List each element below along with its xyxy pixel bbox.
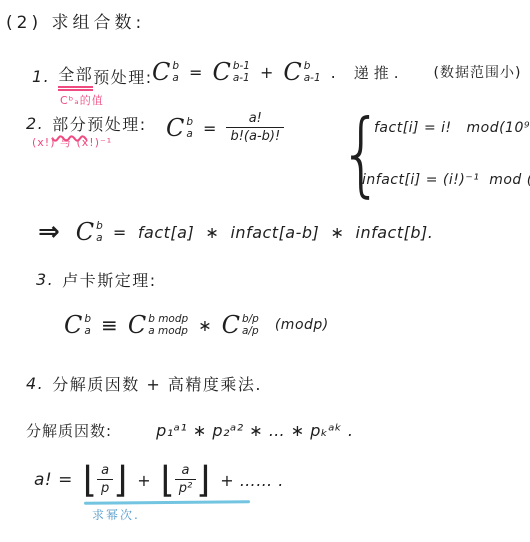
- factorial-lhs: a! =: [34, 470, 73, 490]
- superscript: b-1: [233, 60, 250, 72]
- item-2-annotation: (x!) 与 (x!)⁻¹: [32, 134, 112, 150]
- fact-array-definition: fact[i] = i! mod(10⁹+7): [374, 120, 530, 136]
- subscript: a-1: [304, 72, 321, 84]
- floor-fraction: ⌊ a p² ⌋: [161, 463, 211, 498]
- lucas-theorem-formula: C ba ≡ C b modpa modp ∗ C b/pa/p (modp): [64, 302, 329, 348]
- item-3-heading-row: 3. 卢卡斯定理:: [36, 268, 157, 291]
- combination-symbol: C ba-1: [283, 60, 320, 84]
- item-4-number: 4.: [26, 374, 44, 393]
- page-title: (2) 求组合数:: [6, 8, 145, 33]
- item-1-number: 1.: [32, 67, 50, 86]
- implies-arrow-icon: ⇒: [38, 217, 60, 247]
- combination-symbol: C ba: [76, 220, 103, 244]
- prime-factorization-row: 分解质因数: p₁ᵃ¹ ∗ p₂ᵃ² ∗ … ∗ pₖᵃᵏ .: [26, 420, 354, 441]
- plus-sign: +: [260, 63, 273, 82]
- item-1-remark: (数据范围小): [434, 62, 522, 82]
- combination-symbol: C ba: [166, 116, 193, 140]
- mod-p-tail: (modp): [275, 317, 329, 333]
- subscript: a: [172, 72, 178, 84]
- plus-sign: +: [137, 471, 150, 490]
- equivalence-sign: ≡: [101, 313, 118, 337]
- c-base: C: [76, 220, 94, 244]
- floor-right-bracket: ⌋: [196, 465, 210, 497]
- subscript: a-1: [233, 72, 250, 84]
- c-base: C: [283, 60, 301, 84]
- superscript: b: [172, 60, 179, 72]
- superscript: b: [96, 220, 103, 232]
- c-base: C: [166, 116, 184, 140]
- item-2-heading-underlined: 部分: [52, 112, 87, 135]
- equals-sign: =: [203, 119, 216, 138]
- c-base: C: [64, 313, 82, 337]
- fraction-denominator: p²: [175, 479, 196, 497]
- subscript: a: [84, 325, 90, 337]
- item-2-number: 2.: [26, 114, 44, 133]
- combination-symbol: C ba: [64, 313, 91, 337]
- star-operator: ∗: [198, 316, 211, 335]
- combination-symbol: C b-1a-1: [212, 60, 250, 84]
- subscript: a: [96, 232, 102, 244]
- item-2-heading: 预处理:: [87, 112, 146, 135]
- prime-power-expansion: p₁ᵃ¹ ∗ p₂ᵃ² ∗ … ∗ pₖᵃᵏ .: [156, 421, 353, 440]
- fraction-numerator: a: [177, 463, 193, 479]
- c-base: C: [212, 60, 230, 84]
- c-base: C: [222, 313, 240, 337]
- implies-line: ⇒ C ba = fact[a] ∗ infact[a-b] ∗ infact[…: [38, 212, 433, 252]
- fraction: a p: [97, 463, 113, 498]
- item-4-heading: 分解质因数 + 高精度乘法.: [52, 372, 262, 395]
- superscript: b modp: [148, 313, 188, 325]
- factorial-fraction: a! b!(a-b)!: [226, 111, 284, 146]
- handwritten-notes-page: (2) 求组合数: 1. 全部预处理: Cᵇₐ的值 C ba = C b-1a-…: [0, 0, 530, 542]
- c-base: C: [152, 60, 170, 84]
- floor-right-bracket: ⌋: [113, 465, 127, 497]
- fraction-denominator: b!(a-b)!: [226, 127, 284, 145]
- item-2-formula: C ba = a! b!(a-b)!: [166, 106, 284, 150]
- item-4-heading-row: 4. 分解质因数 + 高精度乘法.: [26, 372, 262, 395]
- c-base: C: [128, 313, 146, 337]
- combination-symbol: C ba: [152, 60, 179, 84]
- period: .: [331, 63, 336, 82]
- superscript: b: [186, 116, 193, 128]
- implies-expression: = fact[a] ∗ infact[a-b] ∗ infact[b].: [113, 223, 434, 242]
- item-1-formula: C ba = C b-1a-1 + C ba-1 . 递推. (数据范围小): [152, 54, 521, 90]
- floor-fraction: ⌊ a p ⌋: [83, 463, 127, 498]
- curly-brace: {: [339, 102, 383, 206]
- subscript: a/p: [242, 325, 259, 337]
- prime-factorization-label: 分解质因数:: [26, 420, 112, 441]
- fraction-denominator: p: [97, 479, 113, 497]
- legendre-formula-row: a! = ⌊ a p ⌋ + ⌊ a p² ⌋ + …… .: [34, 458, 284, 502]
- infact-array-definition: infact[i] = (i!)⁻¹ mod (10⁹+7): [362, 172, 530, 188]
- blue-underline: [84, 500, 250, 504]
- item-3-number: 3.: [36, 270, 54, 289]
- fraction-numerator: a: [97, 463, 113, 479]
- item-4-annotation: 求幂次.: [92, 506, 140, 523]
- superscript: b/p: [242, 313, 259, 325]
- item-2-heading-row: 2. 部分预处理:: [26, 112, 147, 135]
- item-1-method: 递推.: [354, 62, 404, 83]
- combination-symbol: C b modpa modp: [128, 313, 188, 337]
- ellipsis-tail: + …… .: [220, 471, 284, 490]
- item-1-annotation: Cᵇₐ的值: [60, 92, 104, 108]
- equals-sign: =: [189, 63, 202, 82]
- floor-left-bracket: ⌊: [161, 465, 175, 497]
- item-1-heading-row: 1. 全部预处理:: [32, 62, 153, 91]
- superscript: b: [84, 313, 91, 325]
- subscript: a modp: [148, 325, 188, 337]
- combination-symbol: C b/pa/p: [222, 313, 259, 337]
- fraction-numerator: a!: [245, 111, 266, 127]
- item-1-heading-underlined: 全部: [58, 62, 93, 91]
- item-3-heading: 卢卡斯定理:: [62, 268, 156, 291]
- fraction: a p²: [175, 463, 196, 498]
- item-1-heading: 预处理:: [93, 65, 152, 88]
- subscript: a: [186, 128, 192, 140]
- floor-left-bracket: ⌊: [83, 465, 97, 497]
- superscript: b: [304, 60, 311, 72]
